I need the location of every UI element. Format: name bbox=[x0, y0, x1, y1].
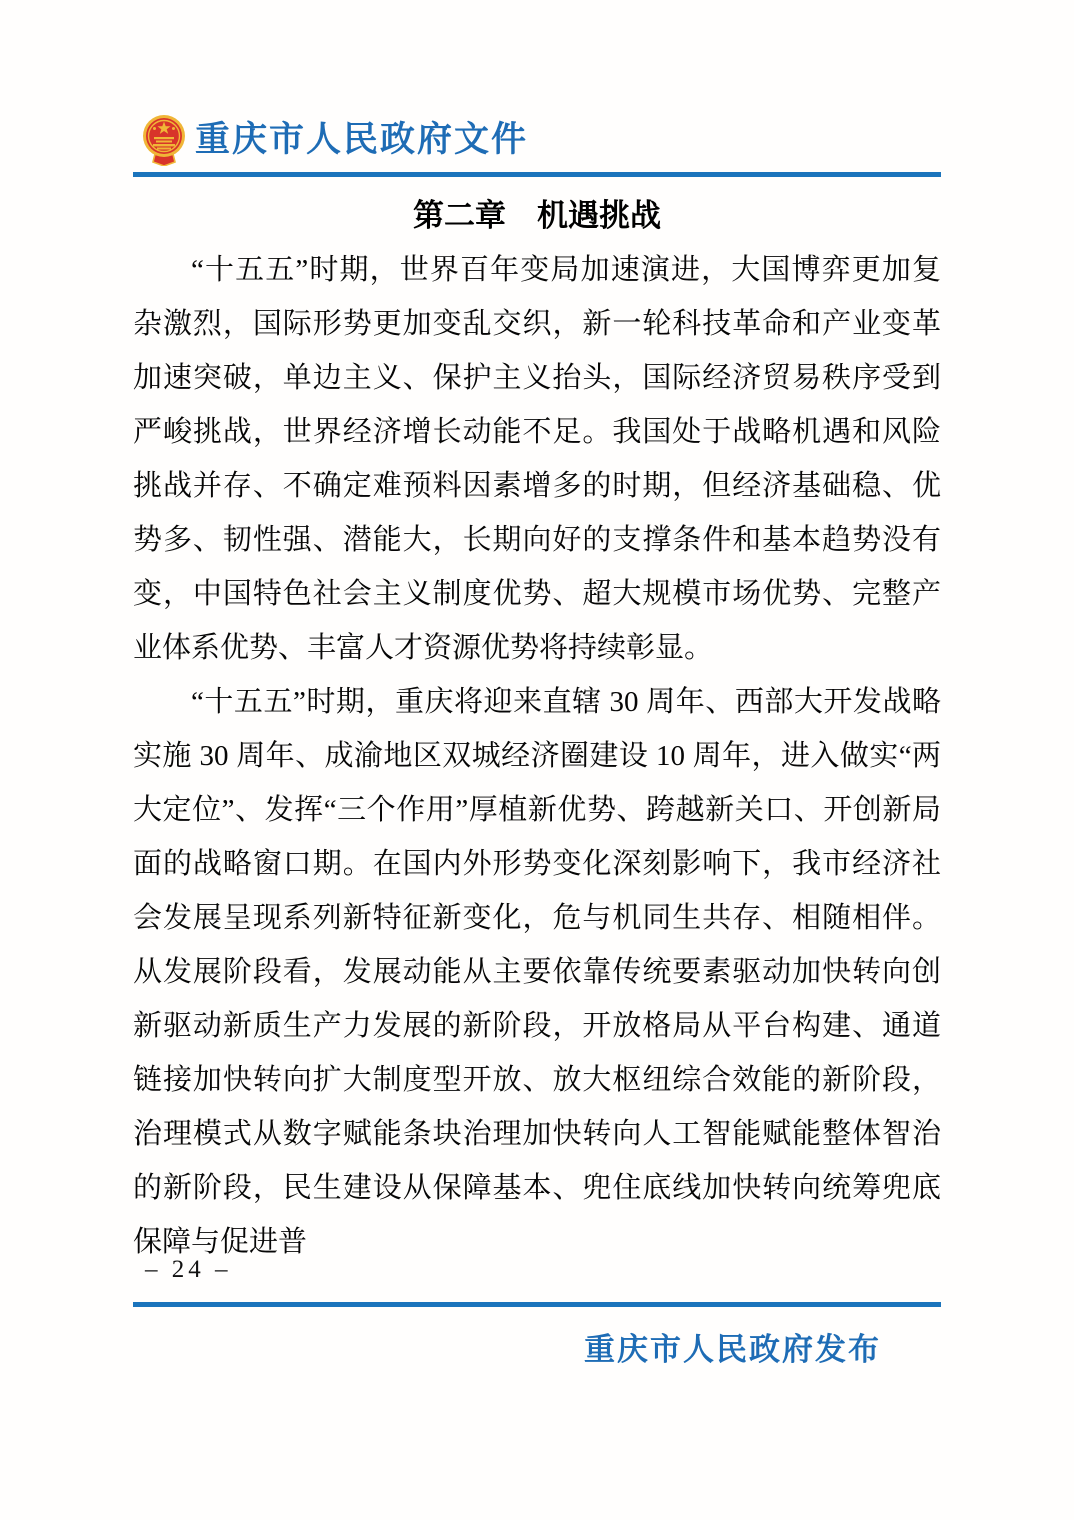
document-page: 重庆市人民政府文件 第二章 机遇挑战 “十五五”时期，世界百年变局加速演进，大国… bbox=[0, 0, 1074, 1520]
header-divider-rule bbox=[133, 172, 941, 177]
document-body: “十五五”时期，世界百年变局加速演进，大国博弈更加复杂激烈，国际形势更加变乱交织… bbox=[133, 243, 941, 1269]
header-org-title: 重庆市人民政府文件 bbox=[195, 114, 528, 166]
page-number: – 24 – bbox=[145, 1256, 232, 1284]
chapter-title: 第二章 机遇挑战 bbox=[133, 190, 941, 235]
document-header: 重庆市人民政府文件 bbox=[141, 114, 528, 166]
body-paragraph-2: “十五五”时期，重庆将迎来直辖 30 周年、西部大开发战略实施 30 周年、成渝… bbox=[133, 675, 941, 1269]
china-national-emblem-icon bbox=[141, 114, 187, 166]
footer-publisher: 重庆市人民政府发布 bbox=[133, 1324, 881, 1369]
footer-divider-rule bbox=[133, 1302, 941, 1307]
body-paragraph-1: “十五五”时期，世界百年变局加速演进，大国博弈更加复杂激烈，国际形势更加变乱交织… bbox=[133, 243, 941, 675]
